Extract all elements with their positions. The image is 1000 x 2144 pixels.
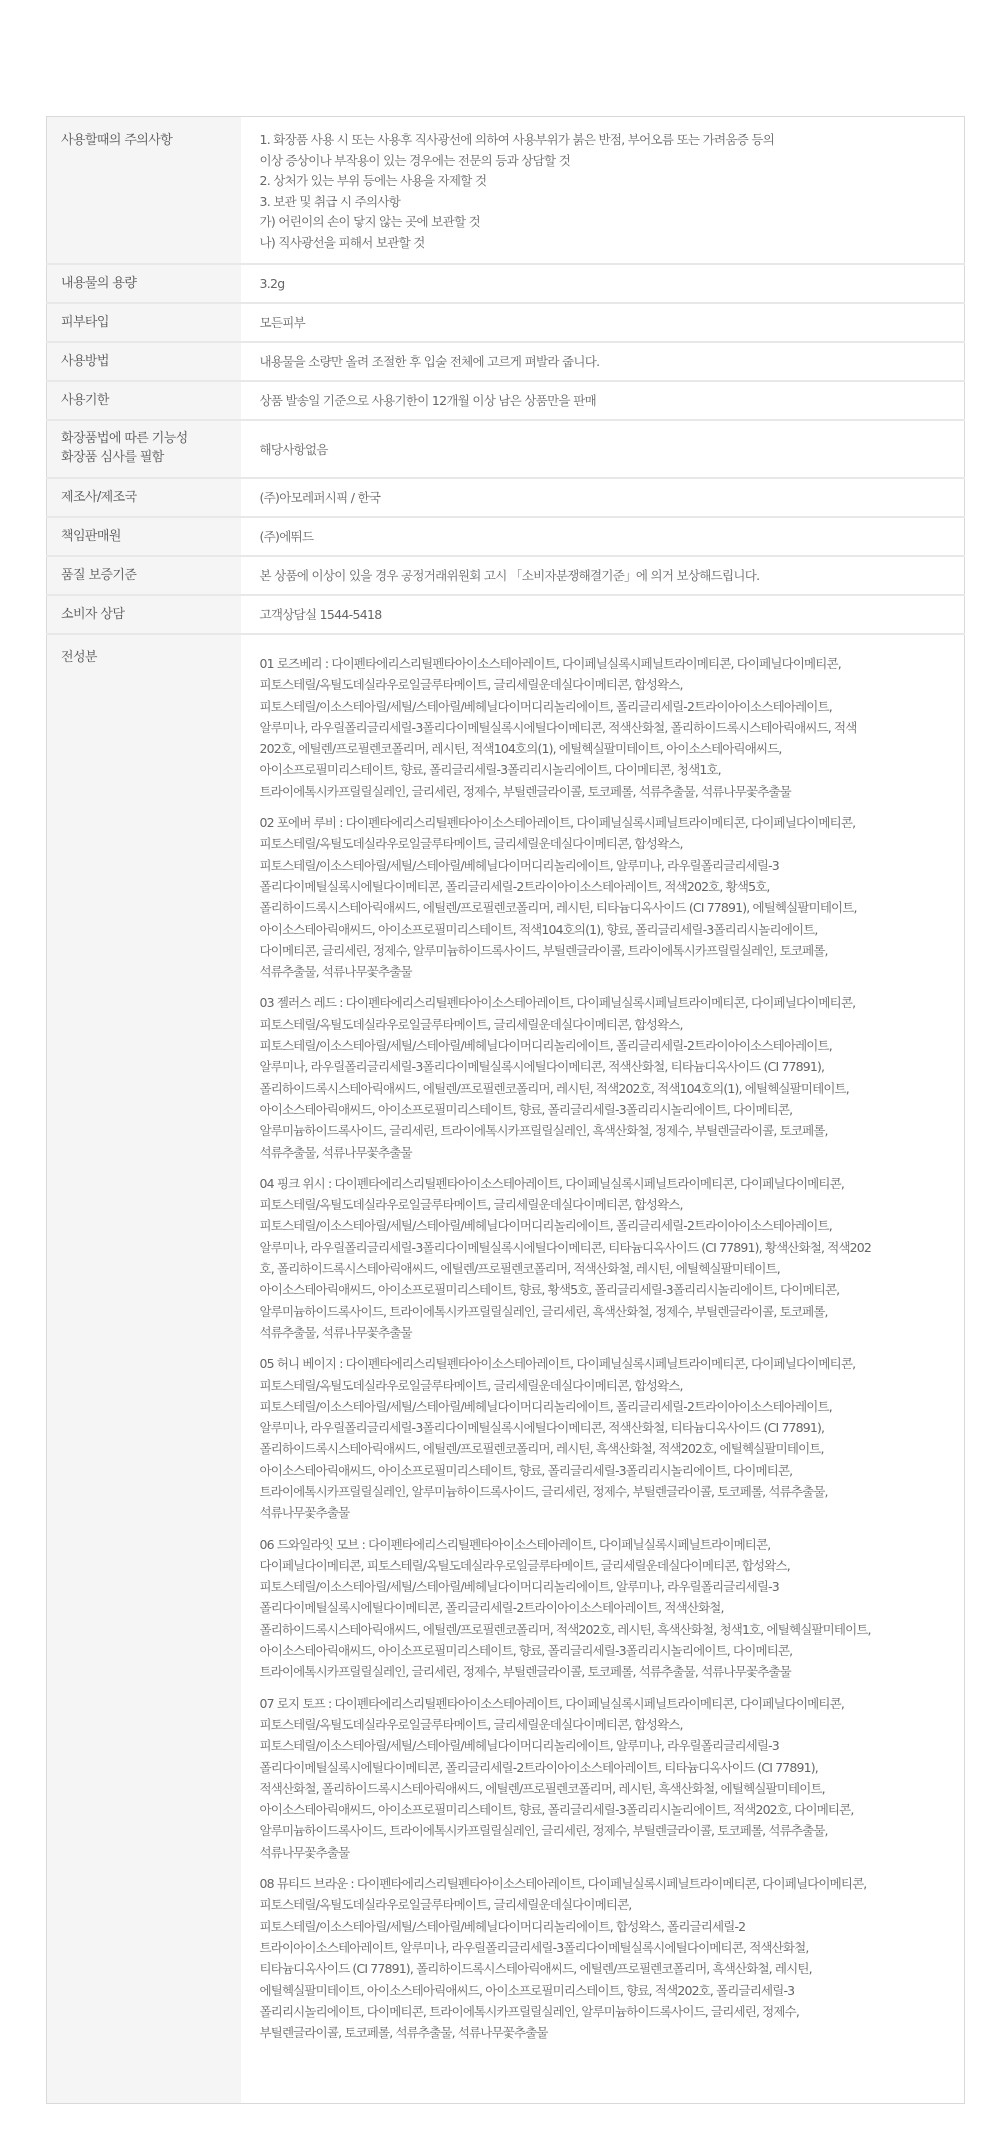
expiry-value: 상품 발송일 기준으로 사용기한이 12개월 이상 남은 상품만을 판매	[241, 381, 965, 420]
ingredient-line: 폴리하이드록시스테아릭애씨드, 에틸렌/프로필렌코폴리머, 레시틴, 흑색산화철…	[260, 1438, 951, 1459]
functional-value: 해당사항없음	[241, 420, 965, 478]
row-quality: 품질 보증기준 본 상품에 이상이 있을 경우 공정거래위원회 고시 「소비자분…	[47, 556, 965, 595]
usage-label: 사용방법	[47, 342, 241, 381]
skin-type-value: 모든피부	[241, 303, 965, 342]
ingredient-line: 폴리다이메틸실록시에틸다이메티콘, 폴리글리세릴-2트라이아이소스테아레이트, …	[260, 876, 951, 897]
row-usage: 사용방법 내용물을 소량만 올려 조절한 후 입술 전체에 고르게 펴발라 줍니…	[47, 342, 965, 381]
ingredient-line: 피토스테릴/옥틸도데실라우로일글루타메이트, 글리세릴운데실다이메티콘, 합성왁…	[260, 1714, 951, 1735]
ingredient-line: 02 포에버 루비 : 다이펜타에리스리틸펜타아이소스테아레이트, 다이페닐실록…	[260, 812, 951, 833]
seller-label: 책임판매원	[47, 517, 241, 556]
ingredient-line: 아이소스테아릭애씨드, 아이소프로필미리스테이트, 향료, 황색5호, 폴리글리…	[260, 1279, 951, 1300]
ingredient-line: 폴리다이메틸실록시에틸다이메티콘, 폴리글리세릴-2트라이아이소스테아레이트, …	[260, 1757, 951, 1778]
quality-value: 본 상품에 이상이 있을 경우 공정거래위원회 고시 「소비자분쟁해결기준」에 …	[241, 556, 965, 595]
ingredient-line: 알루미나, 라우릴폴리글리세릴-3폴리다이메틸실록시에틸다이메티콘, 티타늄디옥…	[260, 1237, 951, 1258]
ingredient-line: 폴리하이드록시스테아릭애씨드, 에틸렌/프로필렌코폴리머, 레시틴, 적색202…	[260, 1078, 951, 1099]
row-consumer: 소비자 상담 고객상담실 1544-5418	[47, 595, 965, 634]
ingredient-line: 피토스테릴/이소스테아릴/세틸/스테아릴/베헤닐다이머디리놀리에이트, 폴리글리…	[260, 1396, 951, 1417]
ingredient-line: 아이소스테아릭애씨드, 아이소프로필미리스테이트, 향료, 폴리글리세릴-3폴리…	[260, 1640, 951, 1661]
ingredient-line: 호, 폴리하이드록시스테아릭애씨드, 에틸렌/프로필렌코폴리머, 적색산화철, …	[260, 1258, 951, 1279]
shade-ingredients-03: 03 젤러스 레드 : 다이펜타에리스리틸펜타아이소스테아레이트, 다이페닐실록…	[260, 992, 951, 1162]
ingredient-line: 05 허니 베이지 : 다이펜타에리스리틸펜타아이소스테아레이트, 다이페닐실록…	[260, 1353, 951, 1374]
ingredient-line: 다이메티콘, 글리세린, 정제수, 알루미늄하이드록사이드, 부틸렌글라이콜, …	[260, 940, 951, 961]
ingredient-line: 다이페닐다이메티콘, 피토스테릴/옥틸도데실라우로일글루타메이트, 글리세릴운데…	[260, 1555, 951, 1576]
shade-ingredients-06: 06 드와일라잇 모브 : 다이펜타에리스리틸펜타아이소스테아레이트, 다이페닐…	[260, 1534, 951, 1683]
ingredient-line: 적색산화철, 폴리하이드록시스테아릭애씨드, 에틸렌/프로필렌코폴리머, 레시틴…	[260, 1778, 951, 1799]
ingredient-line: 알루미나, 라우릴폴리글리세릴-3폴리다이메틸실록시에틸다이메티콘, 적색산화철…	[260, 1056, 951, 1077]
expiry-label: 사용기한	[47, 381, 241, 420]
usage-value: 내용물을 소량만 올려 조절한 후 입술 전체에 고르게 펴발라 줍니다.	[241, 342, 965, 381]
ingredient-line: 피토스테릴/이소스테아릴/세틸/스테아릴/베헤닐다이머디리놀리에이트, 알루미나…	[260, 855, 951, 876]
ingredient-line: 피토스테릴/이소스테아릴/세틸/스테아릴/베헤닐다이머디리놀리에이트, 알루미나…	[260, 1735, 951, 1756]
ingredient-line: 석류추출물, 석류나무꽃추출물	[260, 1322, 951, 1343]
ingredients-label: 전성분	[47, 634, 241, 2104]
ingredient-line: 석류나무꽃추출물	[260, 1842, 951, 1863]
shade-ingredients-08: 08 뮤티드 브라운 : 다이펜타에리스리틸펜타아이소스테아레이트, 다이페닐실…	[260, 1873, 951, 2043]
manufacturer-label: 제조사/제조국	[47, 478, 241, 517]
caution-line: 1. 화장품 사용 시 또는 사용후 직사광선에 의하여 사용부위가 붉은 반점…	[260, 130, 951, 151]
ingredient-line: 트라이에톡시카프릴릴실레인, 글리세린, 정제수, 부틸렌글라이콜, 토코페롤,…	[260, 781, 951, 802]
ingredient-line: 에틸헥실팔미테이트, 아이소스테아릭애씨드, 아이소프로필미리스테이트, 향료,…	[260, 1980, 951, 2001]
ingredient-line: 티타늄디옥사이드 (CI 77891), 폴리하이드록시스테아릭애씨드, 에틸렌…	[260, 1958, 951, 1979]
caution-line: 3. 보관 및 취급 시 주의사항	[260, 192, 951, 213]
row-manufacturer: 제조사/제조국 (주)아모레퍼시픽 / 한국	[47, 478, 965, 517]
ingredient-line: 03 젤러스 레드 : 다이펜타에리스리틸펜타아이소스테아레이트, 다이페닐실록…	[260, 992, 951, 1013]
ingredient-line: 아이소스테아릭애씨드, 아이소프로필미리스테이트, 적색104호의(1), 향료…	[260, 919, 951, 940]
ingredient-line: 피토스테릴/이소스테아릴/세틸/스테아릴/베헤닐다이머디리놀리에이트, 폴리글리…	[260, 696, 951, 717]
ingredient-line: 07 로지 토프 : 다이펜타에리스리틸펜타아이소스테아레이트, 다이페닐실록시…	[260, 1693, 951, 1714]
shade-ingredients-04: 04 핑크 위시 : 다이펜타에리스리틸펜타아이소스테아레이트, 다이페닐실록시…	[260, 1173, 951, 1343]
shade-ingredients-01: 01 로즈베리 : 다이펜타에리스리틸펜타아이소스테아레이트, 다이페닐실록시페…	[260, 653, 951, 802]
row-skin-type: 피부타입 모든피부	[47, 303, 965, 342]
shade-ingredients-05: 05 허니 베이지 : 다이펜타에리스리틸펜타아이소스테아레이트, 다이페닐실록…	[260, 1353, 951, 1523]
ingredient-line: 알루미늄하이드록사이드, 트라이에톡시카프릴릴실레인, 글리세린, 정제수, 부…	[260, 1820, 951, 1841]
functional-label: 화장품법에 따른 기능성 화장품 심사를 필함	[47, 420, 241, 478]
ingredient-line: 폴리리시놀리에이트, 다이메티콘, 트라이에톡시카프릴릴실레인, 알루미늄하이드…	[260, 2001, 951, 2022]
ingredient-line: 피토스테릴/이소스테아릴/세틸/스테아릴/베헤닐다이머디리놀리에이트, 폴리글리…	[260, 1215, 951, 1236]
product-info-table: 사용할때의 주의사항 1. 화장품 사용 시 또는 사용후 직사광선에 의하여 …	[46, 116, 965, 2104]
ingredient-line: 알루미늄하이드록사이드, 트라이에톡시카프릴릴실레인, 글리세린, 흑색산화철,…	[260, 1301, 951, 1322]
ingredient-line: 피토스테릴/옥틸도데실라우로일글루타메이트, 글리세릴운데실다이메티콘, 합성왁…	[260, 1014, 951, 1035]
ingredient-line: 알루미나, 라우릴폴리글리세릴-3폴리다이메틸실록시에틸다이메티콘, 적색산화철…	[260, 717, 951, 738]
ingredient-line: 석류추출물, 석류나무꽃추출물	[260, 1142, 951, 1163]
ingredient-line: 아이소스테아릭애씨드, 아이소프로필미리스테이트, 향료, 폴리글리세릴-3폴리…	[260, 1799, 951, 1820]
ingredient-line: 피토스테릴/옥틸도데실라우로일글루타메이트, 글리세릴운데실다이메티콘, 합성왁…	[260, 1375, 951, 1396]
ingredient-line: 트라이에톡시카프릴릴실레인, 알루미늄하이드록사이드, 글리세린, 정제수, 부…	[260, 1481, 951, 1502]
ingredient-line: 08 뮤티드 브라운 : 다이펜타에리스리틸펜타아이소스테아레이트, 다이페닐실…	[260, 1873, 951, 1894]
ingredient-line: 아이소프로필미리스테이트, 향료, 폴리글리세릴-3폴리리시놀리에이트, 다이메…	[260, 759, 951, 780]
volume-label: 내용물의 용량	[47, 264, 241, 303]
manufacturer-value: (주)아모레퍼시픽 / 한국	[241, 478, 965, 517]
skin-type-label: 피부타입	[47, 303, 241, 342]
ingredient-line: 피토스테릴/옥틸도데실라우로일글루타메이트, 글리세릴운데실다이메티콘, 합성왁…	[260, 674, 951, 695]
ingredient-line: 아이소스테아릭애씨드, 아이소프로필미리스테이트, 향료, 폴리글리세릴-3폴리…	[260, 1460, 951, 1481]
volume-value: 3.2g	[241, 264, 965, 303]
ingredient-line: 피토스테릴/이소스테아릴/세틸/스테아릴/베헤닐다이머디리놀리에이트, 합성왁스…	[260, 1916, 951, 1937]
ingredient-line: 아이소스테아릭애씨드, 아이소프로필미리스테이트, 향료, 폴리글리세릴-3폴리…	[260, 1099, 951, 1120]
consumer-label: 소비자 상담	[47, 595, 241, 634]
caution-label: 사용할때의 주의사항	[47, 117, 241, 265]
row-seller: 책임판매원 (주)에뛰드	[47, 517, 965, 556]
ingredient-line: 폴리하이드록시스테아릭애씨드, 에틸렌/프로필렌코폴리머, 레시틴, 티타늄디옥…	[260, 897, 951, 918]
ingredient-line: 피토스테릴/옥틸도데실라우로일글루타메이트, 글리세릴운데실다이메티콘, 합성왁…	[260, 1194, 951, 1215]
ingredient-line: 석류나무꽃추출물	[260, 1502, 951, 1523]
ingredient-line: 피토스테릴/이소스테아릴/세틸/스테아릴/베헤닐다이머디리놀리에이트, 알루미나…	[260, 1576, 951, 1597]
row-ingredients: 전성분 01 로즈베리 : 다이펜타에리스리틸펜타아이소스테아레이트, 다이페닐…	[47, 634, 965, 2104]
ingredient-line: 알루미늄하이드록사이드, 글리세린, 트라이에톡시카프릴릴실레인, 흑색산화철,…	[260, 1120, 951, 1141]
ingredient-line: 06 드와일라잇 모브 : 다이펜타에리스리틸펜타아이소스테아레이트, 다이페닐…	[260, 1534, 951, 1555]
seller-value: (주)에뛰드	[241, 517, 965, 556]
caution-line: 이상 증상이나 부작용이 있는 경우에는 전문의 등과 상담할 것	[260, 151, 951, 172]
caution-line: 2. 상처가 있는 부위 등에는 사용을 자제할 것	[260, 171, 951, 192]
row-volume: 내용물의 용량 3.2g	[47, 264, 965, 303]
row-caution: 사용할때의 주의사항 1. 화장품 사용 시 또는 사용후 직사광선에 의하여 …	[47, 117, 965, 265]
ingredients-value: 01 로즈베리 : 다이펜타에리스리틸펜타아이소스테아레이트, 다이페닐실록시페…	[241, 634, 965, 2104]
ingredient-line: 트라이에톡시카프릴릴실레인, 글리세린, 정제수, 부틸렌글라이콜, 토코페롤,…	[260, 1661, 951, 1682]
ingredient-line: 피토스테릴/이소스테아릴/세틸/스테아릴/베헤닐다이머디리놀리에이트, 폴리글리…	[260, 1035, 951, 1056]
functional-label-line: 화장품법에 따른 기능성	[61, 429, 227, 448]
ingredient-line: 피토스테릴/옥틸도데실라우로일글루타메이트, 글리세릴운데실다이메티콘, 합성왁…	[260, 833, 951, 854]
ingredient-line: 알루미나, 라우릴폴리글리세릴-3폴리다이메틸실록시에틸다이메티콘, 적색산화철…	[260, 1417, 951, 1438]
caution-line: 가) 어린이의 손이 닿지 않는 곳에 보관할 것	[260, 212, 951, 233]
row-functional: 화장품법에 따른 기능성 화장품 심사를 필함 해당사항없음	[47, 420, 965, 478]
ingredient-line: 202호, 에틸렌/프로필렌코폴리머, 레시틴, 적색104호의(1), 에틸헥…	[260, 738, 951, 759]
ingredient-line: 부틸렌글라이콜, 토코페롤, 석류추출물, 석류나무꽃추출물	[260, 2022, 951, 2043]
ingredient-line: 01 로즈베리 : 다이펜타에리스리틸펜타아이소스테아레이트, 다이페닐실록시페…	[260, 653, 951, 674]
row-expiry: 사용기한 상품 발송일 기준으로 사용기한이 12개월 이상 남은 상품만을 판…	[47, 381, 965, 420]
caution-value: 1. 화장품 사용 시 또는 사용후 직사광선에 의하여 사용부위가 붉은 반점…	[241, 117, 965, 265]
ingredient-line: 피토스테릴/옥틸도데실라우로일글루타메이트, 글리세릴운데실다이메티콘,	[260, 1894, 951, 1915]
shade-ingredients-07: 07 로지 토프 : 다이펜타에리스리틸펜타아이소스테아레이트, 다이페닐실록시…	[260, 1693, 951, 1863]
caution-line: 나) 직사광선을 피해서 보관할 것	[260, 233, 951, 254]
ingredient-line: 트라이아이소스테아레이트, 알루미나, 라우릴폴리글리세릴-3폴리다이메틸실록시…	[260, 1937, 951, 1958]
ingredient-line: 석류추출물, 석류나무꽃추출물	[260, 961, 951, 982]
ingredient-line: 폴리다이메틸실록시에틸다이메티콘, 폴리글리세릴-2트라이아이소스테아레이트, …	[260, 1597, 951, 1618]
consumer-value: 고객상담실 1544-5418	[241, 595, 965, 634]
ingredient-line: 04 핑크 위시 : 다이펜타에리스리틸펜타아이소스테아레이트, 다이페닐실록시…	[260, 1173, 951, 1194]
ingredient-line: 폴리하이드록시스테아릭애씨드, 에틸렌/프로필렌코폴리머, 적색202호, 레시…	[260, 1619, 951, 1640]
quality-label: 품질 보증기준	[47, 556, 241, 595]
shade-ingredients-02: 02 포에버 루비 : 다이펜타에리스리틸펜타아이소스테아레이트, 다이페닐실록…	[260, 812, 951, 982]
functional-label-line: 화장품 심사를 필함	[61, 448, 227, 467]
